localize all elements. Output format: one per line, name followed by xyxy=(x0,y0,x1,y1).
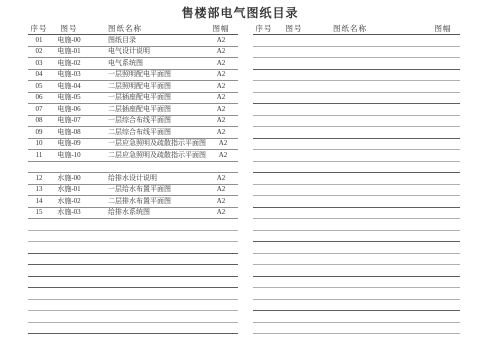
empty-row xyxy=(28,323,238,335)
cell-name: 二层照明配电平面图 xyxy=(88,83,204,90)
cell-name: 二层排水布置平面图 xyxy=(88,198,204,205)
table-row: 02电施-01电气设计说明A2 xyxy=(28,47,238,59)
cell-no: 08 xyxy=(28,117,50,124)
table-row: 10电施-09一层应急照明及疏散指示平面图A2 xyxy=(28,139,238,151)
table-header-right: 序号 图号 图纸名称 图幅 xyxy=(253,24,460,35)
cell-size: A2 xyxy=(204,129,238,136)
cell-size: A2 xyxy=(204,117,238,124)
table-header-left: 序号 图号 图纸名称 图幅 xyxy=(28,24,238,35)
cell-size: A2 xyxy=(206,152,240,159)
col-header-no: 序号 xyxy=(28,25,50,33)
table-row: 07电施-06二层插座配电平面图A2 xyxy=(28,104,238,116)
table-body-right xyxy=(253,35,460,334)
empty-row xyxy=(28,162,238,174)
cell-name: 一层综合布线平面图 xyxy=(88,117,204,124)
table-row: 01电施-00图纸目录A2 xyxy=(28,35,238,47)
empty-row xyxy=(253,196,460,208)
table-row: 03电施-02电气系统图A2 xyxy=(28,58,238,70)
empty-row xyxy=(253,58,460,70)
cell-drawing-no: 电施-00 xyxy=(50,37,88,44)
empty-row xyxy=(253,208,460,220)
empty-row xyxy=(28,242,238,254)
empty-row xyxy=(253,70,460,82)
cell-size: A2 xyxy=(204,186,238,193)
col-header-size: 图幅 xyxy=(426,25,460,33)
cell-size: A2 xyxy=(206,140,240,147)
cell-no: 01 xyxy=(28,37,50,44)
empty-row xyxy=(253,231,460,243)
cell-drawing-no: 电施-04 xyxy=(50,83,88,90)
cell-name: 二层综合布线平面图 xyxy=(88,129,204,136)
empty-row xyxy=(28,254,238,266)
table-row: 08电施-07一层综合布线平面图A2 xyxy=(28,116,238,128)
cell-name: 一层照明配电平面图 xyxy=(88,71,204,78)
empty-row xyxy=(28,288,238,300)
empty-row xyxy=(253,254,460,266)
empty-row xyxy=(253,104,460,116)
col-header-no: 序号 xyxy=(253,25,275,33)
table-body-left: 01电施-00图纸目录A202电施-01电气设计说明A203电施-02电气系统图… xyxy=(28,35,238,334)
cell-name: 电气系统图 xyxy=(88,60,204,67)
cell-no: 02 xyxy=(28,48,50,55)
empty-row xyxy=(253,242,460,254)
empty-row xyxy=(253,173,460,185)
cell-size: A2 xyxy=(204,60,238,67)
col-header-size: 图幅 xyxy=(204,25,238,33)
cell-drawing-no: 电施-01 xyxy=(50,48,88,55)
cell-name: 给排水系统图 xyxy=(88,209,204,216)
empty-row xyxy=(253,139,460,151)
table-row: 13水施-01一层给水布置平面图A2 xyxy=(28,185,238,197)
cell-no: 11 xyxy=(28,152,50,159)
table-row: 15水施-03给排水系统图A2 xyxy=(28,208,238,220)
empty-row xyxy=(253,277,460,289)
cell-no: 10 xyxy=(28,140,50,147)
col-header-drawing-no: 图号 xyxy=(50,25,88,33)
cell-name: 二层应急照明及疏散指示平面图 xyxy=(88,152,206,159)
empty-row xyxy=(28,300,238,312)
cell-no: 04 xyxy=(28,71,50,78)
cell-drawing-no: 水施-03 xyxy=(50,209,88,216)
empty-row xyxy=(28,265,238,277)
empty-row xyxy=(28,311,238,323)
empty-row xyxy=(253,300,460,312)
empty-row xyxy=(253,35,460,47)
cell-size: A2 xyxy=(204,106,238,113)
col-header-name: 图纸名称 xyxy=(88,25,204,33)
catalog-table-right: 序号 图号 图纸名称 图幅 xyxy=(253,24,460,334)
cell-no: 06 xyxy=(28,94,50,101)
cell-no: 07 xyxy=(28,106,50,113)
cell-no: 09 xyxy=(28,129,50,136)
cell-drawing-no: 水施-00 xyxy=(50,175,88,182)
empty-row xyxy=(253,288,460,300)
cell-size: A2 xyxy=(204,83,238,90)
cell-name: 一层插座配电平面图 xyxy=(88,94,204,101)
cell-size: A2 xyxy=(204,37,238,44)
col-header-drawing-no: 图号 xyxy=(275,25,313,33)
empty-row xyxy=(253,93,460,105)
cell-name: 二层插座配电平面图 xyxy=(88,106,204,113)
cell-name: 电气设计说明 xyxy=(88,48,204,55)
cell-drawing-no: 电施-08 xyxy=(50,129,88,136)
cell-no: 15 xyxy=(28,209,50,216)
cell-size: A2 xyxy=(204,71,238,78)
cell-name: 给排水设计说明 xyxy=(88,175,204,182)
cell-drawing-no: 电施-06 xyxy=(50,106,88,113)
table-row: 05电施-04二层照明配电平面图A2 xyxy=(28,81,238,93)
empty-row xyxy=(253,116,460,128)
cell-no: 03 xyxy=(28,60,50,67)
cell-no: 05 xyxy=(28,83,50,90)
empty-row xyxy=(253,323,460,335)
cell-size: A2 xyxy=(204,48,238,55)
table-row: 06电施-05一层插座配电平面图A2 xyxy=(28,93,238,105)
cell-name: 一层应急照明及疏散指示平面图 xyxy=(88,140,206,147)
empty-row xyxy=(253,265,460,277)
empty-row xyxy=(28,231,238,243)
cell-drawing-no: 电施-09 xyxy=(50,140,88,147)
empty-row xyxy=(253,150,460,162)
empty-row xyxy=(253,81,460,93)
empty-row xyxy=(253,311,460,323)
cell-drawing-no: 水施-01 xyxy=(50,186,88,193)
cell-name: 一层给水布置平面图 xyxy=(88,186,204,193)
cell-drawing-no: 水施-02 xyxy=(50,198,88,205)
empty-row xyxy=(253,219,460,231)
empty-row xyxy=(253,127,460,139)
cell-size: A2 xyxy=(204,209,238,216)
empty-row xyxy=(253,162,460,174)
cell-drawing-no: 电施-02 xyxy=(50,60,88,67)
page-title: 售楼部电气图纸目录 xyxy=(0,4,480,21)
table-row: 09电施-08二层综合布线平面图A2 xyxy=(28,127,238,139)
cell-no: 13 xyxy=(28,186,50,193)
cell-no: 14 xyxy=(28,198,50,205)
table-row: 11电施-10二层应急照明及疏散指示平面图A2 xyxy=(28,150,238,162)
empty-row xyxy=(28,277,238,289)
table-row: 12水施-00给排水设计说明A2 xyxy=(28,173,238,185)
cell-size: A2 xyxy=(204,198,238,205)
cell-no: 12 xyxy=(28,175,50,182)
cell-drawing-no: 电施-03 xyxy=(50,71,88,78)
table-row: 04电施-03一层照明配电平面图A2 xyxy=(28,70,238,82)
cell-drawing-no: 电施-10 xyxy=(50,152,88,159)
empty-row xyxy=(28,219,238,231)
cell-drawing-no: 电施-07 xyxy=(50,117,88,124)
cell-size: A2 xyxy=(204,175,238,182)
col-header-name: 图纸名称 xyxy=(313,25,426,33)
table-row: 14水施-02二层排水布置平面图A2 xyxy=(28,196,238,208)
cell-drawing-no: 电施-05 xyxy=(50,94,88,101)
empty-row xyxy=(253,47,460,59)
cell-name: 图纸目录 xyxy=(88,37,204,44)
cell-size: A2 xyxy=(204,94,238,101)
empty-row xyxy=(253,185,460,197)
catalog-table-left: 序号 图号 图纸名称 图幅 01电施-00图纸目录A202电施-01电气设计说明… xyxy=(28,24,238,334)
